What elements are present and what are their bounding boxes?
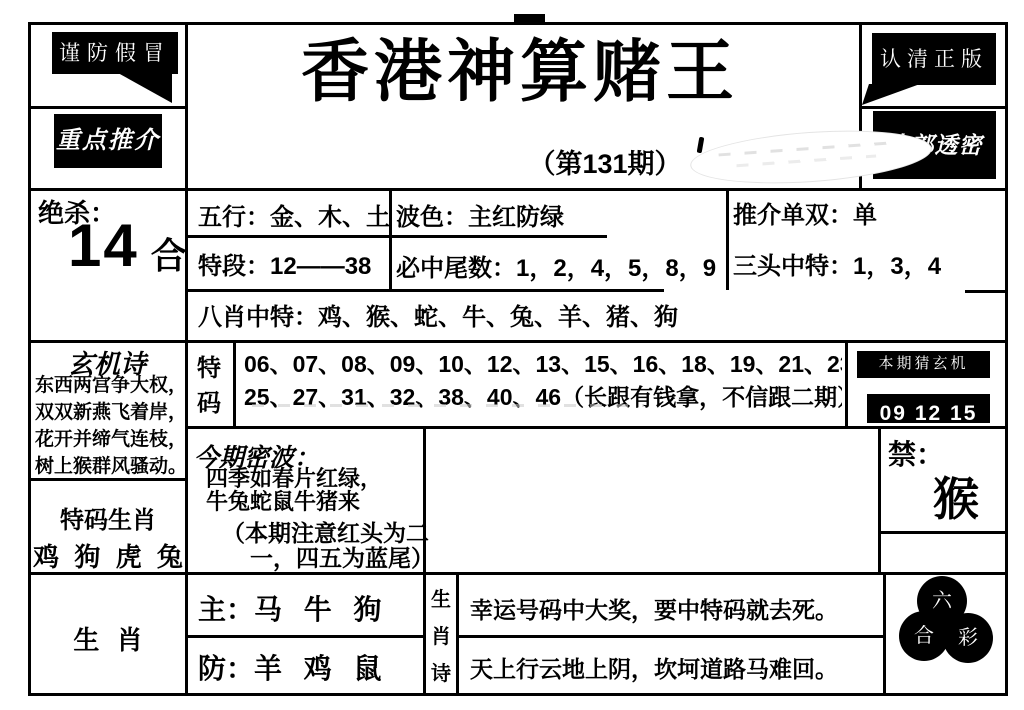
- rule-h-header-bottom: [28, 188, 1008, 191]
- cell-weishu: 必中尾数：1，2，4，5，8，9: [396, 248, 716, 283]
- xuanji-line: 树上猴群风骚动。: [35, 453, 185, 480]
- rule-h-grid-row2: [186, 289, 664, 292]
- rule-h-header-left-split: [28, 106, 188, 109]
- xuanji-line: 花开并缔气连枝，: [35, 426, 185, 453]
- jin-value: 猴: [908, 463, 1004, 529]
- rule-h-verse-split: [456, 635, 885, 638]
- xuanji-poem: 东西两宫争大权， 双双新燕飞着岸， 花开并缔气连枝， 树上猴群风骚动。: [35, 372, 185, 480]
- rule-h-grid-bottom: [28, 340, 1008, 343]
- tema-shengxiao-value: 鸡 狗 虎 兔: [31, 537, 185, 574]
- tema-numbers-line1: 06、07、08、09、10、12、13、15、16、18、19、21、23、: [244, 348, 842, 381]
- badge-guess-label: 本期猜玄机: [878, 356, 968, 372]
- shengxiaoshi-label: 生肖诗: [428, 582, 454, 693]
- rule-v-tema-badges: [845, 343, 848, 427]
- cell-wuxing: 五行：金、木、土: [198, 197, 390, 232]
- stray-top-dash: [514, 14, 545, 22]
- rule-h-grid-right-stub: [965, 290, 1008, 293]
- verse-line-2: 天上行云地上阴，坎坷道路马难回。: [470, 651, 838, 684]
- rule-h-jin-bottom: [878, 531, 1008, 534]
- rule-v-grid-2: [726, 190, 729, 290]
- rule-h-header-right-split: [859, 106, 1008, 109]
- cell-danshuang: 推介单双：单: [733, 195, 877, 230]
- mibo-note-line: 一，四五为蓝尾）: [222, 546, 434, 571]
- xuanji-line: 东西两宫争大权，: [35, 372, 185, 399]
- lottery-tip-sheet: 谨防假冒 重点推介 香港神算赌王 （第131期） 认清正版 内部透密 绝杀： 1…: [0, 0, 1024, 710]
- xuanji-line: 双双新燕飞着岸，: [35, 399, 185, 426]
- shengxiao-cell: 生 肖: [31, 620, 185, 657]
- badge-mystery-numbers: 09 12 15 28: [867, 394, 990, 423]
- cell-santou: 三头中特：1，3，4: [733, 246, 941, 281]
- mibo-verse: 四季如春片红绿， 牛兔蛇鼠牛猪来: [206, 467, 382, 513]
- mibo-line: 四季如春片红绿，: [206, 467, 382, 490]
- mibo-note: （本期注意红头为二 一，四五为蓝尾）: [222, 521, 434, 571]
- badge-beware-counterfeit: 谨防假冒: [52, 32, 178, 74]
- zhu-cell: 主：马 牛 狗: [198, 588, 382, 628]
- mibo-line: 牛兔蛇鼠牛猪来: [206, 490, 382, 513]
- cell-teduan: 特段：12——38: [198, 246, 371, 281]
- cell-baxiao: 八肖中特：鸡、猴、蛇、牛、兔、羊、猪、狗: [198, 297, 678, 332]
- badge-key-recommend-label: 重点推介: [56, 127, 160, 154]
- whiteout-ghost-marks-2: [736, 154, 876, 167]
- rule-v-tema-label: [233, 343, 236, 427]
- cell-bose: 波色：主红防绿: [396, 197, 564, 232]
- juesha-value: 14 合: [68, 214, 187, 278]
- tema-label: 特码: [194, 351, 224, 421]
- badge-key-recommend: 重点推介: [54, 114, 162, 168]
- rule-h-tema-bottom: [185, 426, 1008, 429]
- rule-h-zhufang-split: [185, 635, 426, 638]
- badge-genuine: 认清正版: [872, 33, 996, 85]
- badge-guess-mystery: 本期猜玄机: [857, 351, 990, 378]
- badge-beware-label: 谨防假冒: [59, 41, 171, 65]
- juesha-unit: 合: [151, 234, 187, 278]
- fang-cell: 防：羊 鸡 鼠: [198, 647, 382, 687]
- logo-circle-cai: 彩: [943, 613, 993, 663]
- badge-mystery-numbers-value: 09 12 15 28: [867, 394, 990, 423]
- logo-circle-he: 合: [899, 611, 949, 661]
- juesha-number: 14: [68, 214, 139, 278]
- page-title: 香港神算赌王: [190, 30, 850, 114]
- rule-v-left-col: [185, 22, 188, 696]
- tema-shengxiao-label: 特码生肖: [31, 500, 185, 535]
- rule-v-jin-left: [878, 428, 881, 574]
- erased-text-remnant: [252, 404, 644, 407]
- verse-line-1: 幸运号码中大奖，要中特码就去死。: [470, 592, 838, 625]
- mibo-note-line: （本期注意红头为二: [222, 521, 434, 546]
- issue-number: （第131期）: [505, 142, 705, 181]
- rule-h-grid-row1: [186, 235, 607, 238]
- badge-genuine-label: 认清正版: [880, 47, 988, 71]
- tema-numbers-line2: 25、27、31、32、38、40、46（长跟有钱拿，不信跟二期）: [244, 381, 842, 414]
